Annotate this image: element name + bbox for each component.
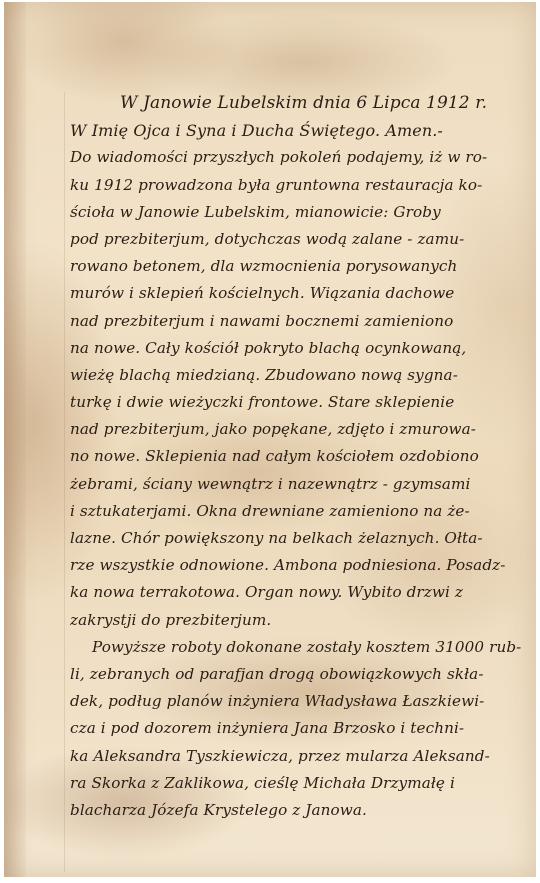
text-line: ka Aleksandra Tyszkiewicza, przez mularz… [70, 743, 510, 770]
invocation-line: W Imię Ojca i Syna i Ducha Świętego. Ame… [70, 117, 510, 144]
text-line: nad prezbiterjum i nawami bocznemi zamie… [70, 308, 510, 335]
handwritten-text-body: W Janowie Lubelskim dnia 6 Lipca 1912 r.… [70, 90, 510, 824]
page-fold-shadow [4, 2, 26, 877]
text-line: na nowe. Cały kościół pokryto blachą ocy… [70, 335, 510, 362]
margin-line [64, 92, 65, 872]
text-line: turkę i dwie wieżyczki frontowe. Stare s… [70, 389, 510, 416]
text-line: rowano betonem, dla wzmocnienia porysowa… [70, 253, 510, 280]
text-line: nad prezbiterjum, jako popękane, zdjęto … [70, 416, 510, 443]
text-line: lazne. Chór powiększony na belkach żelaz… [70, 525, 510, 552]
text-line: ka nowa terrakotowa. Organ nowy. Wybito … [70, 579, 510, 606]
text-line: żebrami, ściany wewnątrz i nazewnątrz - … [70, 471, 510, 498]
text-line: li, zebranych od parafjan drogą obowiązk… [70, 661, 510, 688]
paragraph-2-first-line: Powyższe roboty dokonane zostały kosztem… [70, 634, 510, 661]
text-line: cza i pod dozorem inżyniera Jana Brzosko… [70, 715, 510, 742]
text-line: ku 1912 prowadzona była gruntowna restau… [70, 172, 510, 199]
text-line: i sztukaterjami. Okna drewniane zamienio… [70, 498, 510, 525]
document-heading-date-line: W Janowie Lubelskim dnia 6 Lipca 1912 r. [70, 90, 510, 117]
text-line: ścioła w Janowie Lubelskim, mianowicie: … [70, 199, 510, 226]
text-line: rze wszystkie odnowione. Ambona podniesi… [70, 552, 510, 579]
text-line: dek, podług planów inżyniera Władysława … [70, 688, 510, 715]
text-line: Do wiadomości przyszłych pokoleń podajem… [70, 144, 510, 171]
text-line: blacharza Józefa Krystelego z Janowa. [70, 797, 510, 824]
text-line: wieżę blachą miedzianą. Zbudowano nową s… [70, 362, 510, 389]
text-line: zakrystji do prezbiterjum. [70, 607, 510, 634]
text-line: ra Skorka z Zaklikowa, cieślę Michała Dr… [70, 770, 510, 797]
text-line: murów i sklepień kościelnych. Wiązania d… [70, 280, 510, 307]
text-line: pod prezbiterjum, dotychczas wodą zalane… [70, 226, 510, 253]
manuscript-page: W Janowie Lubelskim dnia 6 Lipca 1912 r.… [4, 2, 536, 877]
text-line: no nowe. Sklepienia nad całym kościołem … [70, 443, 510, 470]
